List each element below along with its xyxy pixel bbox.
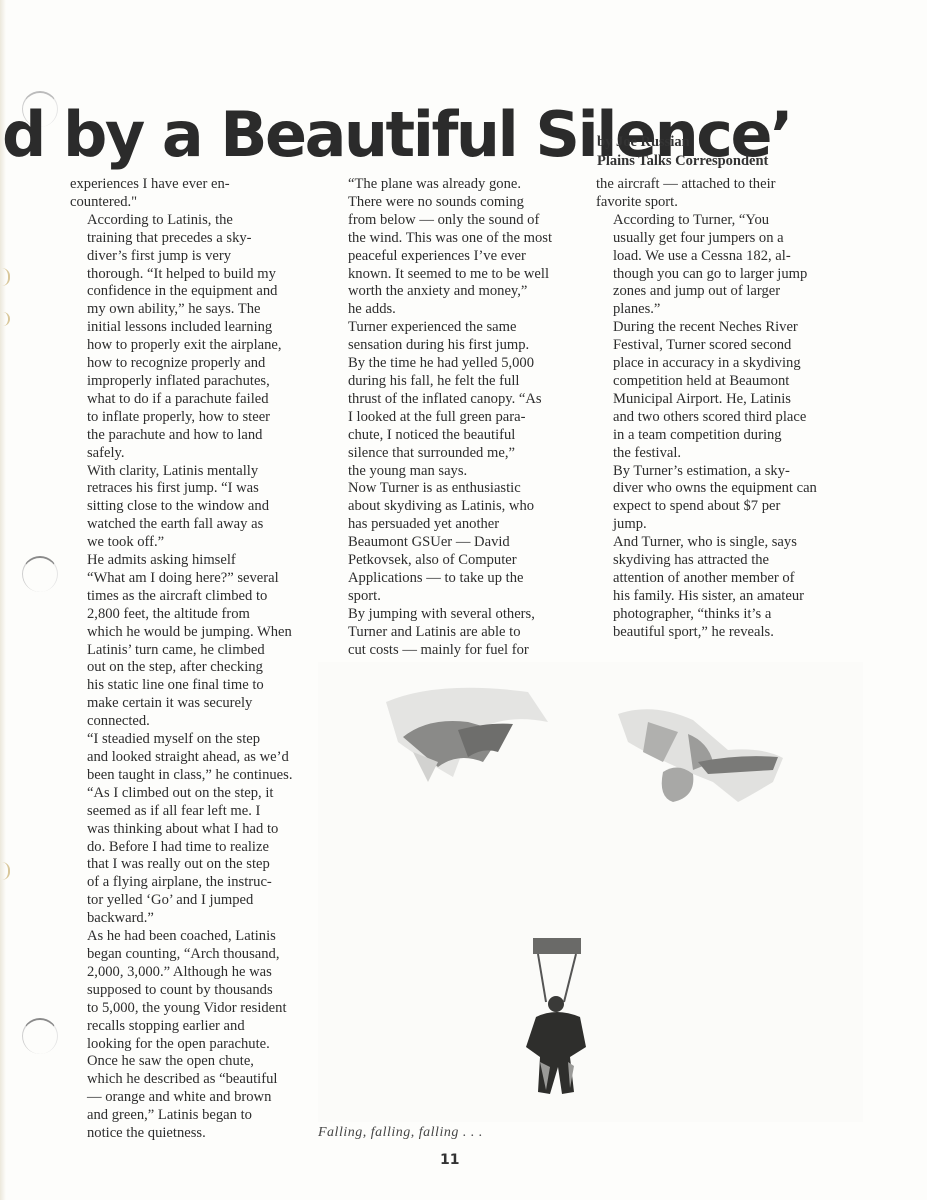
text-line: thorough. “It helped to build my <box>70 266 306 284</box>
text-line: began counting, “Arch thousand, <box>70 946 306 964</box>
text-line: which he described as “beautiful <box>70 1071 306 1089</box>
text-line: diver’s first jump is very <box>70 248 306 266</box>
text-line: Municipal Airport. He, Latinis <box>596 391 828 409</box>
text-line: There were no sounds coming <box>331 194 571 212</box>
text-line: confidence in the equipment and <box>70 283 306 301</box>
text-line: and looked straight ahead, as we’d <box>70 749 306 767</box>
text-line: 2,000, 3,000.” Although he was <box>70 964 306 982</box>
text-line: watched the earth fall away as <box>70 516 306 534</box>
parachute-illustration <box>318 662 863 1122</box>
text-line: out on the step, after checking <box>70 659 306 677</box>
text-line: the aircraft — attached to their <box>596 176 828 194</box>
text-line: peaceful experiences I’ve ever <box>331 248 571 266</box>
margin-mark <box>2 312 10 326</box>
text-line: backward.” <box>70 910 306 928</box>
text-line: favorite sport. <box>596 194 828 212</box>
article-column-3: the aircraft — attached to theirfavorite… <box>596 176 828 642</box>
text-line: planes.” <box>596 301 828 319</box>
punch-hole <box>22 1018 58 1054</box>
text-line: looking for the open parachute. <box>70 1036 306 1054</box>
text-line: his family. His sister, an amateur <box>596 588 828 606</box>
text-line: initial lessons included learning <box>70 319 306 337</box>
text-line: make certain it was securely <box>70 695 306 713</box>
text-line: Now Turner is as enthusiastic <box>331 480 571 498</box>
text-line: place in accuracy in a skydiving <box>596 355 828 373</box>
text-line: He admits asking himself <box>70 552 306 570</box>
paragraph: By Turner’s estimation, a sky-diver who … <box>596 463 828 535</box>
text-line: my own ability,” he says. The <box>70 301 306 319</box>
page-number: 11 <box>440 1152 459 1168</box>
text-line: how to properly exit the airplane, <box>70 337 306 355</box>
text-line: Petkovsek, also of Computer <box>331 552 571 570</box>
text-line: load. We use a Cessna 182, al- <box>596 248 828 266</box>
text-line: recalls stopping earlier and <box>70 1018 306 1036</box>
text-line: usually get four jumpers on a <box>596 230 828 248</box>
text-line: times as the aircraft climbed to <box>70 588 306 606</box>
text-line: chute, I noticed the beautiful <box>331 427 571 445</box>
text-line: retraces his first jump. “I was <box>70 480 306 498</box>
text-line: his static line one final time to <box>70 677 306 695</box>
text-line: sitting close to the window and <box>70 498 306 516</box>
paragraph: “I steadied myself on the stepand looked… <box>70 731 306 928</box>
text-line: silence that surrounded me,” <box>331 445 571 463</box>
paragraph: Turner experienced the samesensation dur… <box>331 319 571 480</box>
paragraph: During the recent Neches RiverFestival, … <box>596 319 828 462</box>
paragraph: Now Turner is as enthusiasticabout skydi… <box>331 480 571 605</box>
text-line: As he had been coached, Latinis <box>70 928 306 946</box>
text-line: skydiving has attracted the <box>596 552 828 570</box>
text-line: what to do if a parachute failed <box>70 391 306 409</box>
text-line: With clarity, Latinis mentally <box>70 463 306 481</box>
text-line: connected. <box>70 713 306 731</box>
text-line: during his fall, he felt the full <box>331 373 571 391</box>
byline: by Joe Russian Plains Talks Corresponden… <box>597 133 768 171</box>
paragraph: He admits asking himself“What am I doing… <box>70 552 306 731</box>
text-line: supposed to count by thousands <box>70 982 306 1000</box>
paragraph: According to Latinis, thetraining that p… <box>70 212 306 463</box>
text-line: 2,800 feet, the altitude from <box>70 606 306 624</box>
text-line: improperly inflated parachutes, <box>70 373 306 391</box>
margin-mark <box>2 862 10 880</box>
text-line: sport. <box>331 588 571 606</box>
text-line: “As I climbed out on the step, it <box>70 785 306 803</box>
article-column-1: experiences I have ever en-countered."Ac… <box>70 176 306 1143</box>
text-line: experiences I have ever en- <box>70 176 306 194</box>
text-line: Once he saw the open chute, <box>70 1053 306 1071</box>
text-line: Festival, Turner scored second <box>596 337 828 355</box>
text-line: cut costs — mainly for fuel for <box>331 642 571 660</box>
byline-author: by Joe Russian <box>597 133 768 152</box>
byline-role: Plains Talks Correspondent <box>597 152 768 171</box>
text-line: which he would be jumping. When <box>70 624 306 642</box>
text-line: about skydiving as Latinis, who <box>331 498 571 516</box>
text-line: the festival. <box>596 445 828 463</box>
text-line: “What am I doing here?” several <box>70 570 306 588</box>
text-line: how to recognize properly and <box>70 355 306 373</box>
text-line: Applications — to take up the <box>331 570 571 588</box>
text-line: According to Latinis, the <box>70 212 306 230</box>
text-line: in a team competition during <box>596 427 828 445</box>
text-line: though you can go to larger jump <box>596 266 828 284</box>
text-line: countered." <box>70 194 306 212</box>
scan-edge <box>0 0 6 1200</box>
text-line: to inflate properly, how to steer <box>70 409 306 427</box>
text-line: that I was really out on the step <box>70 856 306 874</box>
punch-hole <box>22 556 58 592</box>
text-line: was thinking about what I had to <box>70 821 306 839</box>
text-line: competition held at Beaumont <box>596 373 828 391</box>
paragraph: “The plane was already gone.There were n… <box>331 176 571 319</box>
text-line: and two others scored third place <box>596 409 828 427</box>
text-line: Latinis’ turn came, he climbed <box>70 642 306 660</box>
text-line: we took off.” <box>70 534 306 552</box>
text-line: and green,” Latinis began to <box>70 1107 306 1125</box>
paragraph: the aircraft — attached to theirfavorite… <box>596 176 828 212</box>
text-line: worth the anxiety and money,” <box>331 283 571 301</box>
text-line: jump. <box>596 516 828 534</box>
text-line: “The plane was already gone. <box>331 176 571 194</box>
text-line: Turner experienced the same <box>331 319 571 337</box>
text-line: “I steadied myself on the step <box>70 731 306 749</box>
text-line: known. It seemed to me to be well <box>331 266 571 284</box>
text-line: seemed as if all fear left me. I <box>70 803 306 821</box>
text-line: safely. <box>70 445 306 463</box>
text-line: do. Before I had time to realize <box>70 839 306 857</box>
text-line: attention of another member of <box>596 570 828 588</box>
photo-caption: Falling, falling, falling . . . <box>318 1125 483 1141</box>
paragraph: As he had been coached, Latinisbegan cou… <box>70 928 306 1143</box>
skydiver-photo <box>318 662 863 1122</box>
text-line: During the recent Neches River <box>596 319 828 337</box>
text-line: he adds. <box>331 301 571 319</box>
text-line: photographer, “thinks it’s a <box>596 606 828 624</box>
text-line: By the time he had yelled 5,000 <box>331 355 571 373</box>
text-line: zones and jump out of larger <box>596 283 828 301</box>
text-line: diver who owns the equipment can <box>596 480 828 498</box>
paragraph: By jumping with several others,Turner an… <box>331 606 571 660</box>
text-line: sensation during his first jump. <box>331 337 571 355</box>
text-line: According to Turner, “You <box>596 212 828 230</box>
text-line: — orange and white and brown <box>70 1089 306 1107</box>
margin-mark <box>2 268 10 286</box>
text-line: to 5,000, the young Vidor resident <box>70 1000 306 1018</box>
text-line: notice the quietness. <box>70 1125 306 1143</box>
text-line: from below — only the sound of <box>331 212 571 230</box>
text-line: of a flying airplane, the instruc- <box>70 874 306 892</box>
text-line: By jumping with several others, <box>331 606 571 624</box>
article-column-2: “The plane was already gone.There were n… <box>331 176 571 659</box>
paragraph: And Turner, who is single, saysskydiving… <box>596 534 828 641</box>
text-line: By Turner’s estimation, a sky- <box>596 463 828 481</box>
text-line: the wind. This was one of the most <box>331 230 571 248</box>
text-line: has persuaded yet another <box>331 516 571 534</box>
text-line: been taught in class,” he continues. <box>70 767 306 785</box>
text-line: And Turner, who is single, says <box>596 534 828 552</box>
text-line: thrust of the inflated canopy. “As <box>331 391 571 409</box>
text-line: training that precedes a sky- <box>70 230 306 248</box>
text-line: expect to spend about $7 per <box>596 498 828 516</box>
paragraph: With clarity, Latinis mentallyretraces h… <box>70 463 306 553</box>
paragraph: experiences I have ever en-countered." <box>70 176 306 212</box>
text-line: tor yelled ‘Go’ and I jumped <box>70 892 306 910</box>
text-line: the young man says. <box>331 463 571 481</box>
text-line: the parachute and how to land <box>70 427 306 445</box>
text-line: Turner and Latinis are able to <box>331 624 571 642</box>
text-line: Beaumont GSUer — David <box>331 534 571 552</box>
text-line: beautiful sport,” he reveals. <box>596 624 828 642</box>
paragraph: According to Turner, “Youusually get fou… <box>596 212 828 319</box>
text-line: I looked at the full green para- <box>331 409 571 427</box>
